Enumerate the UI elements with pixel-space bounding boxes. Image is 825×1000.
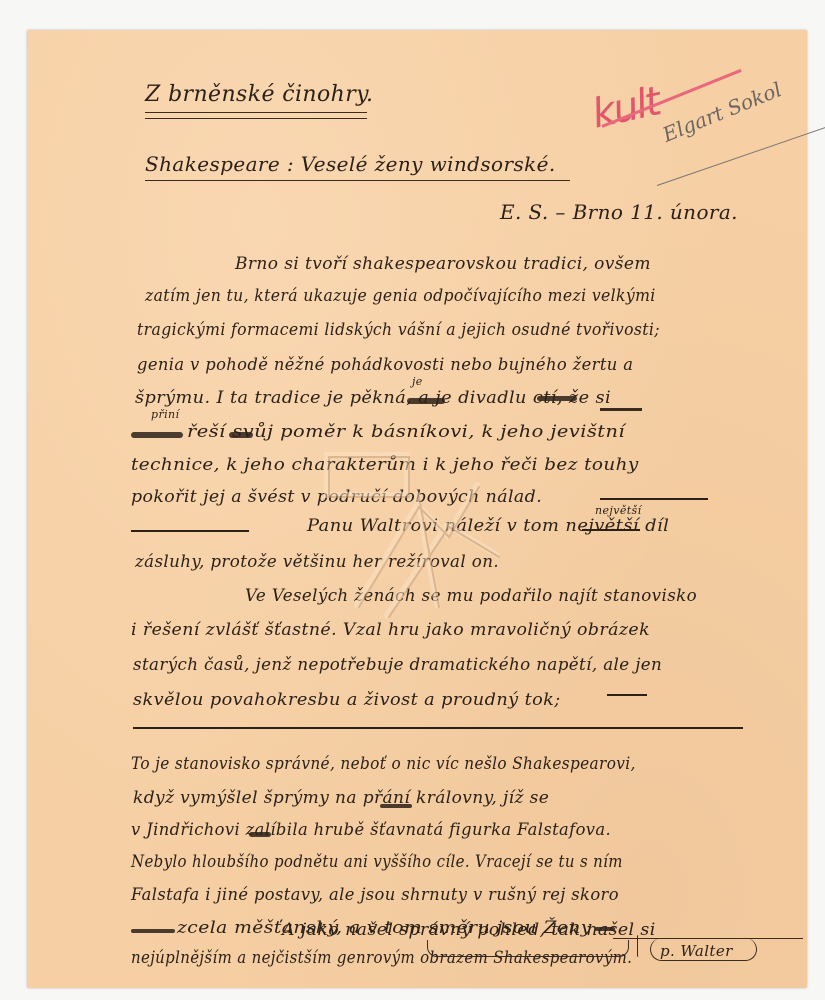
closing-sentence-line: A jako našel správný pohled, tak našel s…	[282, 920, 656, 940]
text-line-2: zatím jen tu, která ukazuje genia odpočí…	[145, 286, 656, 306]
struck-word	[607, 694, 647, 696]
text-line-16: když vymýšlel šprýmy na přání královny, …	[133, 788, 549, 808]
manuscript-page: Z brněnské činohry. kult Elgart Sokol Sh…	[27, 30, 807, 988]
struck-word	[131, 929, 175, 933]
struck-word	[600, 498, 708, 500]
text-line-1: Brno si tvoří shakespearovskou tradici, …	[235, 254, 651, 274]
document-title: Z brněnské činohry.	[145, 82, 373, 107]
struck-word	[249, 832, 271, 837]
text-line-17: v Jindřichovi zalíbila hrubě šťavnatá fi…	[131, 820, 611, 840]
text-line-4: genia v pohodě něžné pohádkovosti nebo b…	[137, 355, 633, 375]
struck-word	[131, 530, 249, 532]
struck-word	[537, 396, 577, 401]
struck-word	[407, 398, 445, 404]
struck-word	[229, 432, 253, 438]
text-line-19: Falstafa i jiné postavy, ale jsou shrnut…	[131, 885, 619, 905]
struck-word	[131, 432, 183, 438]
text-line-3: tragickými formacemi lidských vášní a je…	[137, 320, 660, 340]
struck-word	[380, 804, 412, 808]
insertion-prini: přiní	[151, 408, 179, 421]
genrovym-obrazem-bracket	[427, 940, 629, 957]
struck-word	[582, 529, 640, 531]
struck-line	[133, 727, 743, 729]
emphasis-underline	[600, 408, 642, 411]
insertion-nejvetsi: největší	[595, 504, 642, 517]
text-line-15: To je stanovisko správné, neboť o nic ví…	[131, 754, 636, 774]
text-line-14: skvělou povahokresbu a živost a proudný …	[133, 690, 561, 710]
byline: E. S. – Brno 11. února.	[500, 200, 738, 224]
signature-bracket	[650, 938, 757, 961]
subtitle-underline	[145, 180, 570, 181]
gray-pencil-annotation: Elgart Sokol	[659, 77, 785, 146]
text-line-18: Nebylo hloubšího podnětu ani vyššího cíl…	[131, 852, 623, 872]
embossed-seal-icon	[297, 425, 527, 625]
document-subtitle: Shakespeare : Veselé ženy windsorské.	[145, 152, 556, 176]
red-pencil-annotation: kult	[588, 79, 663, 138]
insertion-je: je	[412, 375, 423, 388]
text-line-13: starých časů, jenž nepotřebuje dramatick…	[133, 655, 662, 675]
title-double-underline	[145, 112, 367, 119]
